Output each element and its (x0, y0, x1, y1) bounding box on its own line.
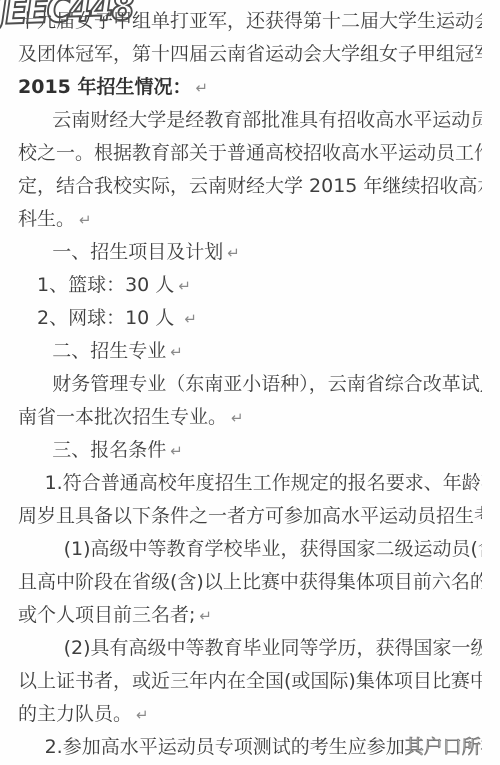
section-3-application-conditions: 三、报名条件↵ (18, 434, 482, 467)
paragraph-line: 以上证书者，或近三年内在全国(或国际)集体项目比赛中获得前八名 (18, 665, 482, 698)
paragraph-line: 南省一本批次招生专业。↵ (18, 401, 482, 434)
paragraph-intro: 云南财经大学是经教育部批准具有招收高水平运动员资格的高校之一。根据教育部关于普通… (18, 104, 482, 236)
paragraph-line: 及团体冠军，第十四届云南省运动会大学组女子甲组冠军的好成绩。↵ (18, 38, 482, 71)
watermark-overlapped-text: 其户口所在地省级 (405, 736, 482, 758)
paragraph-text: 二、招生专业 (52, 340, 166, 362)
paragraph-mark-icon: ↵ (223, 244, 240, 262)
paragraph-mark-icon: ↵ (166, 343, 183, 361)
paragraph-line: 财务管理专业（东南亚小语种），云南省综合改革试点专业，云 (18, 368, 482, 401)
paragraph-line: 1、篮球：30 人↵ (18, 269, 482, 302)
paragraph-line: 一、招生项目及计划↵ (18, 236, 482, 269)
paragraph-mark-icon: ↵ (132, 706, 149, 724)
paragraph-line: 的主力队员。↵ (18, 698, 482, 731)
paragraph-line: (2)具有高级中等教育毕业同等学历，获得国家一级运动员(含) (18, 632, 482, 665)
paragraph-line: 科生。↵ (18, 203, 482, 236)
condition-1-2: (2)具有高级中等教育毕业同等学历，获得国家一级运动员(含)以上证书者，或近三年… (18, 632, 482, 731)
paragraph-mark-icon: ↵ (227, 409, 244, 427)
paragraph-line: 2、网球：10 人 ↵ (18, 302, 482, 335)
condition-1-1: (1)高级中等教育学校毕业，获得国家二级运动员(含)以上证书且高中阶段在省级(含… (18, 533, 482, 632)
paragraph-text: 1.符合普通高校年度招生工作规定的报名要求、年龄不超过 22 (45, 472, 482, 494)
condition-1: 1.符合普通高校年度招生工作规定的报名要求、年龄不超过 22周岁且具备以下条件之… (18, 467, 482, 533)
paragraph-text: 周岁且具备以下条件之一者方可参加高水平运动员招生考试报名： (18, 505, 482, 527)
paragraph-mark-icon: ↵ (75, 211, 92, 229)
paragraph-mark-icon: ↵ (166, 442, 183, 460)
paragraph-line: (1)高级中等教育学校毕业，获得国家二级运动员(含)以上证书 (18, 533, 482, 566)
paragraph-mark-icon: ↵ (195, 607, 212, 625)
condition-2: 2.参加高水平运动员专项测试的考生应参加其户口所在地省级 (18, 731, 482, 764)
paragraph-mark-icon: ↵ (192, 79, 209, 97)
item-basketball: 1、篮球：30 人↵ (18, 269, 482, 302)
section-1-projects-plan: 一、招生项目及计划↵ (18, 236, 482, 269)
paragraph-text: 2、网球：10 人 (37, 307, 180, 329)
paragraph-text: 科生。 (18, 208, 75, 230)
paragraph-text: 一、招生项目及计划 (52, 241, 223, 263)
paragraph-text: 十九届女子甲组单打亚军，还获得第十二届大学生运动会单打、双打 (18, 10, 482, 32)
section-2-majors: 二、招生专业↵ (18, 335, 482, 368)
paragraph-line: 三、报名条件↵ (18, 434, 482, 467)
paragraph-text: 定，结合我校实际，云南财经大学 2015 年继续招收高水平运动员本 (18, 175, 482, 197)
paragraph-line: 1.符合普通高校年度招生工作规定的报名要求、年龄不超过 22 (18, 467, 482, 500)
document-body: 十九届女子甲组单打亚军，还获得第十二届大学生运动会单打、双打及团体冠军，第十四届… (18, 5, 482, 764)
paragraph-text: 2.参加高水平运动员专项测试的考生应参加 (45, 736, 405, 758)
paragraph-text: 及团体冠军，第十四届云南省运动会大学组女子甲组冠军的好成绩。 (18, 43, 482, 65)
paragraph-majors-detail: 财务管理专业（东南亚小语种），云南省综合改革试点专业，云南省一本批次招生专业。↵ (18, 368, 482, 434)
paragraph-text: 1、篮球：30 人 (37, 274, 174, 296)
paragraph-text: 且高中阶段在省级(含)以上比赛中获得集体项目前六名的主力队员 (18, 571, 482, 593)
paragraph-line: 2.参加高水平运动员专项测试的考生应参加其户口所在地省级 (18, 731, 482, 764)
paragraph-line: 2015 年招生情况：↵ (18, 71, 482, 104)
paragraph-text: 云南财经大学是经教育部批准具有招收高水平运动员资格的高 (52, 109, 482, 131)
document-page: JEEC448 十九届女子甲组单打亚军，还获得第十二届大学生运动会单打、双打及团… (0, 0, 500, 765)
paragraph-line: 或个人项目前三名者;↵ (18, 599, 482, 632)
paragraph-text: 2015 年招生情况： (18, 76, 192, 98)
paragraph-text: 南省一本批次招生专业。 (18, 406, 227, 428)
paragraph-line: 二、招生专业↵ (18, 335, 482, 368)
paragraph-text: 校之一。根据教育部关于普通高校招收高水平运动员工作的有关规 (18, 142, 482, 164)
paragraph-line: 云南财经大学是经教育部批准具有招收高水平运动员资格的高 (18, 104, 482, 137)
paragraph-continuation-achievements: 十九届女子甲组单打亚军，还获得第十二届大学生运动会单打、双打及团体冠军，第十四届… (18, 5, 482, 71)
paragraph-line: 周岁且具备以下条件之一者方可参加高水平运动员招生考试报名：↵ (18, 500, 482, 533)
paragraph-text: 以上证书者，或近三年内在全国(或国际)集体项目比赛中获得前八名 (18, 670, 482, 692)
paragraph-text: 的主力队员。 (18, 703, 132, 725)
paragraph-line: 校之一。根据教育部关于普通高校招收高水平运动员工作的有关规 (18, 137, 482, 170)
paragraph-text: 三、报名条件 (52, 439, 166, 461)
paragraph-mark-icon: ↵ (174, 277, 191, 295)
paragraph-line: 定，结合我校实际，云南财经大学 2015 年继续招收高水平运动员本 (18, 170, 482, 203)
paragraph-text: (1)高级中等教育学校毕业，获得国家二级运动员(含)以上证书 (64, 538, 482, 560)
item-tennis: 2、网球：10 人 ↵ (18, 302, 482, 335)
paragraph-text: (2)具有高级中等教育毕业同等学历，获得国家一级运动员(含) (64, 637, 482, 659)
paragraph-mark-icon: ↵ (180, 310, 197, 328)
paragraph-line: 且高中阶段在省级(含)以上比赛中获得集体项目前六名的主力队员 (18, 566, 482, 599)
paragraph-line: 十九届女子甲组单打亚军，还获得第十二届大学生运动会单打、双打 (18, 5, 482, 38)
paragraph-text: 财务管理专业（东南亚小语种），云南省综合改革试点专业，云 (52, 373, 482, 395)
paragraph-text: 或个人项目前三名者; (18, 604, 195, 626)
heading-2015-enrollment: 2015 年招生情况：↵ (18, 71, 482, 104)
